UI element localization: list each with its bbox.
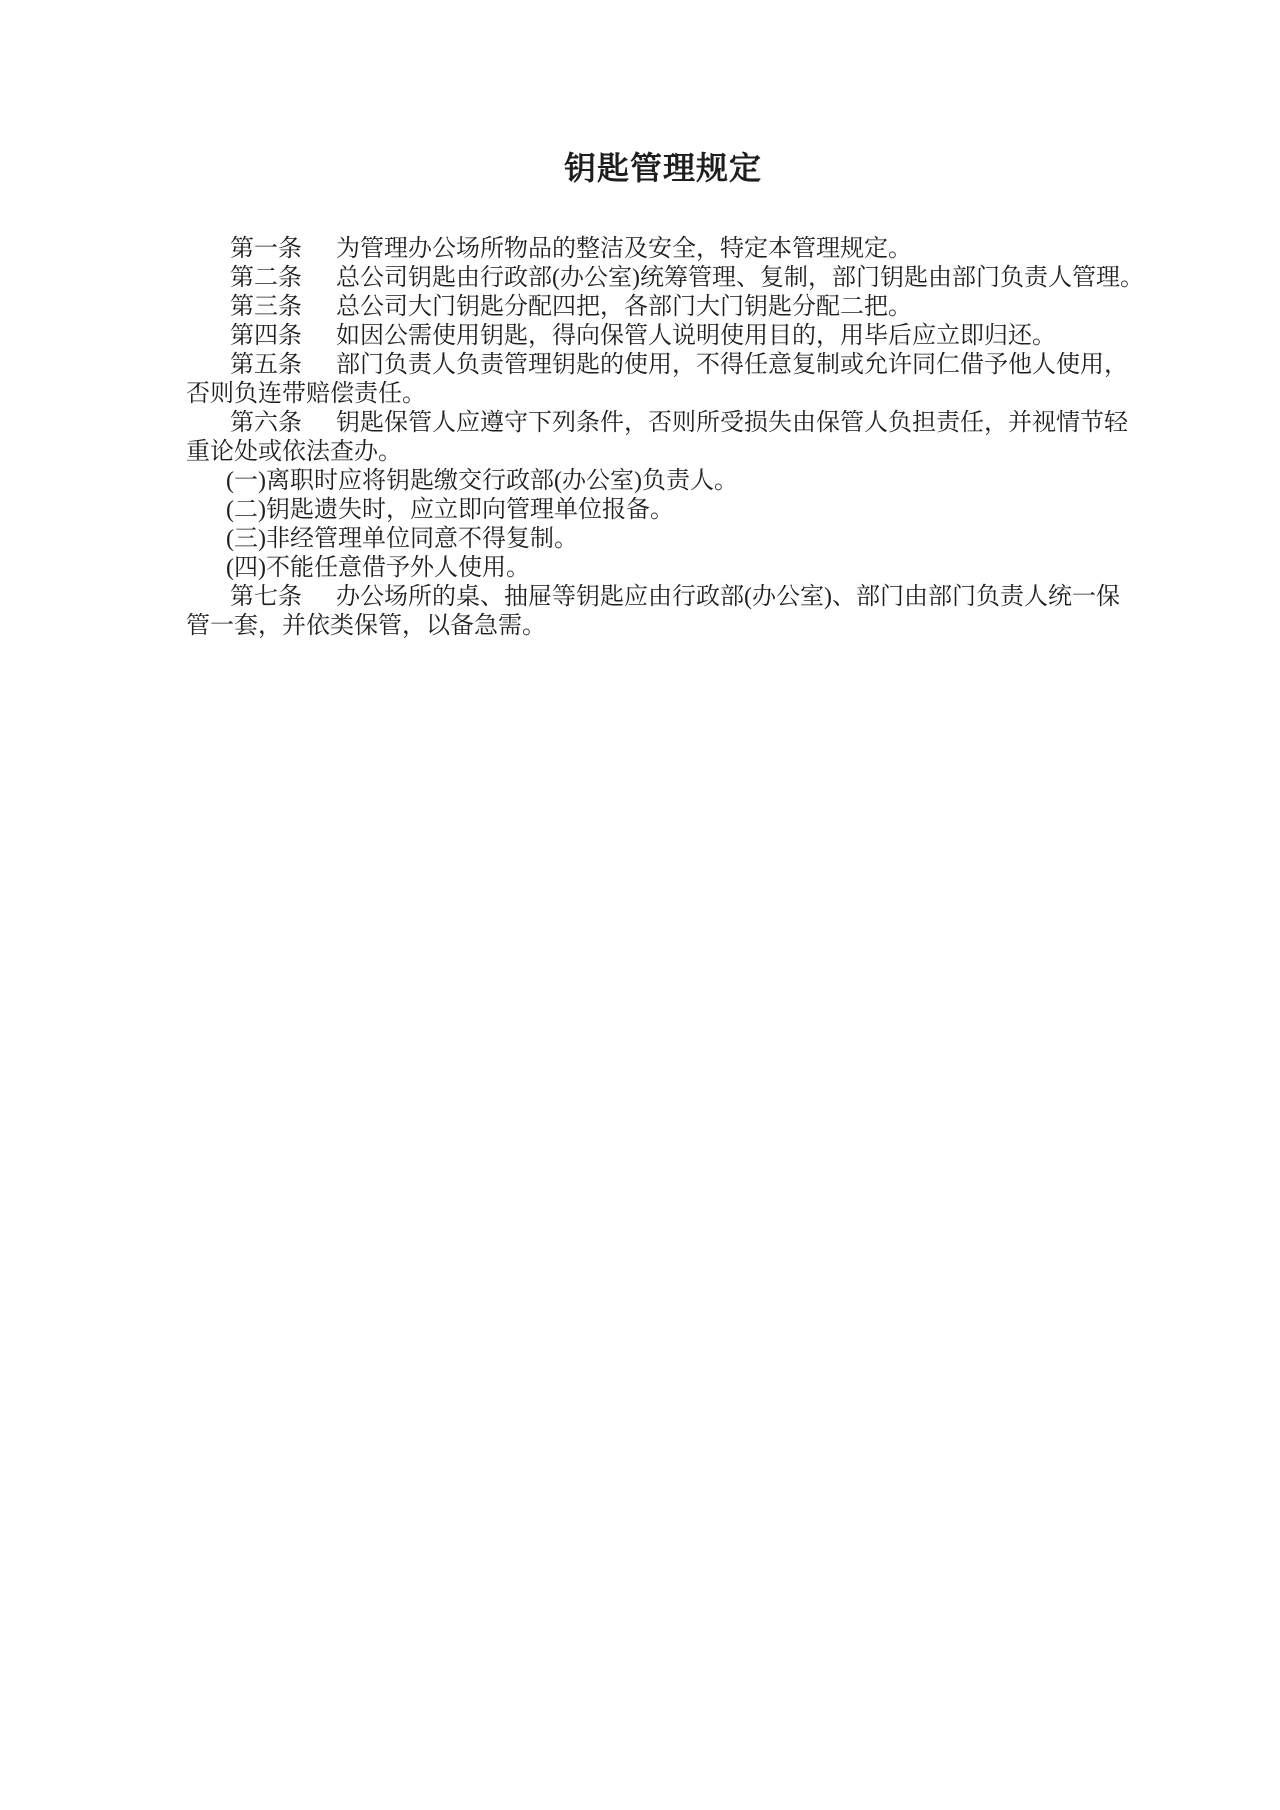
clause-6-line: 第六条钥匙保管人应遵守下列条件，否则所受损失由保管人负担责任，并视情节轻 [186, 409, 1280, 438]
clause-5-continuation: 否则负连带赔偿责任。 [186, 380, 1280, 409]
clause-6-number: 第六条 [230, 410, 302, 436]
clause-5-continuation-text: 否则负连带赔偿责任。 [186, 381, 426, 407]
clause-7-continuation: 管一套，并依类保管，以备急需。 [186, 612, 1280, 641]
clause-6-continuation-text: 重论处或依法查办。 [186, 439, 402, 465]
clause-number-gap [302, 284, 336, 285]
clause-5-text: 部门负责人负责管理钥匙的使用，不得任意复制或允许同仁借予他人使用， [336, 352, 1128, 378]
subitem-3-text: (三)非经管理单位同意不得复制。 [226, 526, 578, 552]
clause-4-line: 第四条如因公需使用钥匙，得向保管人说明使用目的，用毕后应立即归还。 [186, 322, 1280, 351]
clause-7-text: 办公场所的桌、抽屉等钥匙应由行政部(办公室)、部门由部门负责人统一保 [336, 584, 1120, 610]
clause-number-gap [302, 429, 336, 430]
clause-2-line: 第二条总公司钥匙由行政部(办公室)统筹管理、复制，部门钥匙由部门负责人管理。 [186, 264, 1280, 293]
subitem-4-line: (四)不能任意借予外人使用。 [186, 554, 1280, 583]
clause-2-text: 总公司钥匙由行政部(办公室)统筹管理、复制，部门钥匙由部门负责人管理。 [336, 265, 1144, 291]
subitem-1-line: (一)离职时应将钥匙缴交行政部(办公室)负责人。 [186, 467, 1280, 496]
clause-number-gap [302, 255, 336, 256]
document-page: 钥匙管理规定 第一条为管理办公场所物品的整洁及安全，特定本管理规定。 第二条总公… [0, 0, 1280, 1810]
subitem-1-text: (一)离职时应将钥匙缴交行政部(办公室)负责人。 [226, 468, 738, 494]
document-title: 钥匙管理规定 [186, 0, 1140, 186]
clause-7-line: 第七条办公场所的桌、抽屉等钥匙应由行政部(办公室)、部门由部门负责人统一保 [186, 583, 1280, 612]
clause-1-number: 第一条 [230, 236, 302, 262]
clause-3-text: 总公司大门钥匙分配四把，各部门大门钥匙分配二把。 [336, 294, 912, 320]
clause-5-number: 第五条 [230, 352, 302, 378]
clause-number-gap [302, 371, 336, 372]
clause-1-line: 第一条为管理办公场所物品的整洁及安全，特定本管理规定。 [186, 235, 1280, 264]
subitem-2-text: (二)钥匙遗失时，应立即向管理单位报备。 [226, 497, 674, 523]
clause-4-number: 第四条 [230, 323, 302, 349]
clause-3-line: 第三条总公司大门钥匙分配四把，各部门大门钥匙分配二把。 [186, 293, 1280, 322]
clause-7-continuation-text: 管一套，并依类保管，以备急需。 [186, 613, 546, 639]
clause-number-gap [302, 342, 336, 343]
clause-2-number: 第二条 [230, 265, 302, 291]
clause-3-number: 第三条 [230, 294, 302, 320]
subitem-3-line: (三)非经管理单位同意不得复制。 [186, 525, 1280, 554]
clause-6-continuation: 重论处或依法查办。 [186, 438, 1280, 467]
clause-6-text: 钥匙保管人应遵守下列条件，否则所受损失由保管人负担责任，并视情节轻 [336, 410, 1128, 436]
clause-4-text: 如因公需使用钥匙，得向保管人说明使用目的，用毕后应立即归还。 [336, 323, 1056, 349]
clause-5-line: 第五条部门负责人负责管理钥匙的使用，不得任意复制或允许同仁借予他人使用， [186, 351, 1280, 380]
clause-number-gap [302, 603, 336, 604]
clause-number-gap [302, 313, 336, 314]
subitem-2-line: (二)钥匙遗失时，应立即向管理单位报备。 [186, 496, 1280, 525]
clause-7-number: 第七条 [230, 584, 302, 610]
clause-1-text: 为管理办公场所物品的整洁及安全，特定本管理规定。 [336, 236, 912, 262]
subitem-4-text: (四)不能任意借予外人使用。 [226, 555, 530, 581]
document-body: 第一条为管理办公场所物品的整洁及安全，特定本管理规定。 第二条总公司钥匙由行政部… [0, 235, 1280, 641]
